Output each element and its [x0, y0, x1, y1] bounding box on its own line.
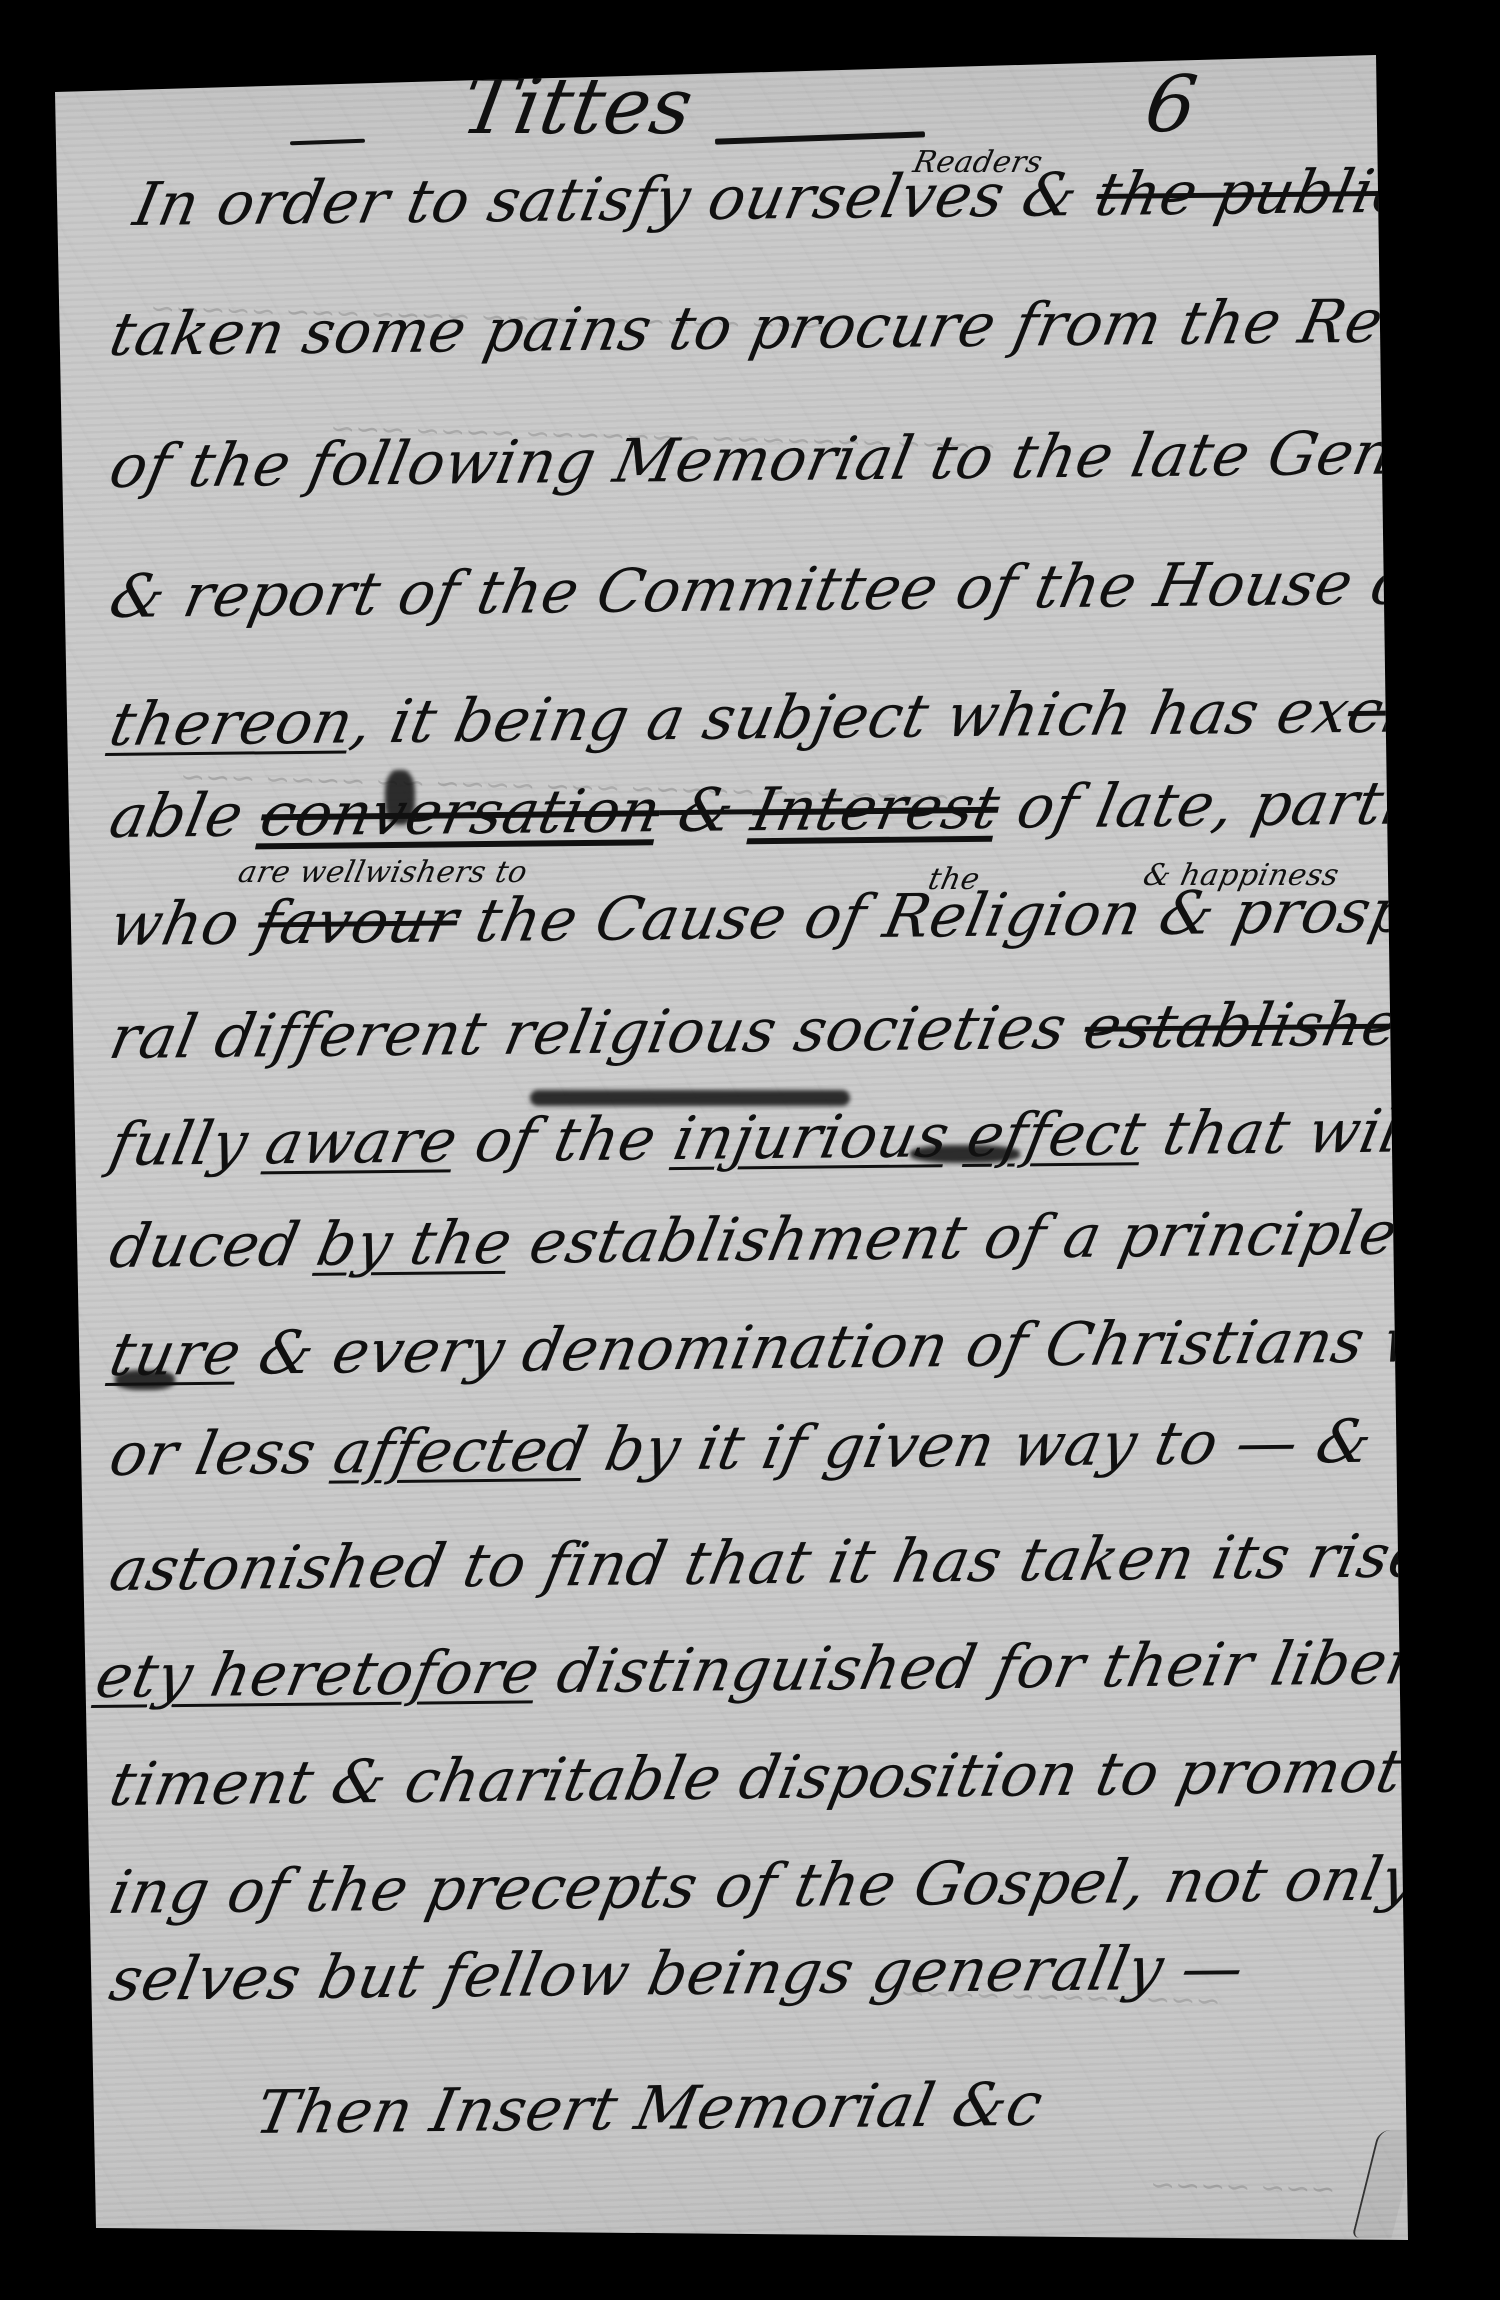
text-line-10: duced by the establishment of a principl…	[104, 1195, 1500, 1282]
text-line-1: In order to satisfy ourselves & the publ…	[128, 154, 1500, 240]
text-line-15: timent & charitable disposition to promo…	[104, 1732, 1500, 1820]
underlined-text: Interest	[746, 773, 1006, 846]
manuscript-page: ~~~ ~~~~ ~~~~~~ ~~~~ ~~~ ~~~~~ ~~~~ ~~~~…	[0, 0, 1500, 2300]
underlined-text: affected	[328, 1415, 594, 1488]
text-segment: , it being a subject which has ex	[345, 677, 1355, 757]
struck-text: the public	[1090, 157, 1415, 230]
ink-blot	[910, 1145, 1020, 1163]
text-segment: establishment of a principle of this na-	[504, 1195, 1500, 1278]
text-segment: or less	[104, 1418, 342, 1490]
folded-corner	[1352, 2130, 1419, 2238]
text-segment: of the	[450, 1104, 682, 1176]
text-segment: of late, particularly in those	[992, 764, 1500, 843]
struck-text: favour	[252, 886, 465, 958]
text-line-8: ral different religious societies establ…	[104, 986, 1500, 1073]
text-segment: distinguished for their liberality of Se…	[532, 1624, 1500, 1707]
text-line-13: astonished to find that it has taken its…	[104, 1518, 1500, 1605]
text-line-3: of the following Memorial to the late Ge…	[104, 414, 1500, 502]
underlined-text: injurious	[668, 1101, 956, 1174]
text-line-17: selves but fellow beings generally —	[104, 1933, 1250, 2015]
text-segment: — we are	[1431, 986, 1500, 1059]
text-line-11: ture & every denomination of Christians …	[104, 1303, 1500, 1390]
title-flourish-right	[715, 131, 925, 144]
text-segment: who	[104, 888, 266, 960]
struck-text: &	[653, 775, 760, 846]
interlinear-insertion: are wellwishers to	[235, 855, 531, 890]
text-line-18-closing: Then Insert Memorial &c	[250, 2070, 1049, 2148]
underlined-text: ture	[104, 1319, 247, 1390]
text-segment: fully	[104, 1108, 274, 1180]
underlined-text: thereon	[104, 687, 359, 760]
text-segment: & every denomination of Christians will …	[233, 1303, 1500, 1389]
bleed-through-text: ~~~ ~~~~	[1150, 2168, 1336, 2208]
page-number: 6	[1140, 60, 1203, 150]
text-segment: able	[104, 780, 269, 852]
text-segment: duced	[104, 1210, 325, 1282]
underlined-text: ety heretofore	[90, 1637, 546, 1712]
text-segment: ral different religious societies	[104, 993, 1092, 1073]
struck-text: established	[1078, 989, 1445, 1063]
text-line-4: & report of the Committee of the House o…	[104, 545, 1500, 632]
underlined-text: by the	[311, 1208, 518, 1280]
text-segment: In order to satisfy ourselves &	[128, 160, 1084, 240]
text-line-14: ety heretofore distinguished for their l…	[90, 1624, 1500, 1712]
text-segment: , we have	[1400, 154, 1500, 227]
text-segment: by it if given way to — & we are	[580, 1404, 1500, 1485]
struck-text: cited consider-	[1341, 672, 1500, 747]
text-line-12: or less affected by it if given way to —…	[104, 1404, 1500, 1490]
text-segment: the Cause of Religion & prosperity of th…	[450, 871, 1500, 956]
text-line-16: ing of the precepts of the Gospel, not o…	[104, 1839, 1500, 1928]
underlined-struck-text: conversation	[255, 776, 667, 850]
page-title: Tittes	[455, 62, 700, 152]
text-segment: that will be pro-	[1138, 1094, 1500, 1169]
underlined-text: aware	[260, 1106, 464, 1178]
text-line-5: thereon, it being a subject which has ex…	[104, 672, 1500, 760]
text-line-9: fully aware of the injurious effect that…	[104, 1094, 1500, 1180]
title-flourish-left	[290, 139, 365, 146]
